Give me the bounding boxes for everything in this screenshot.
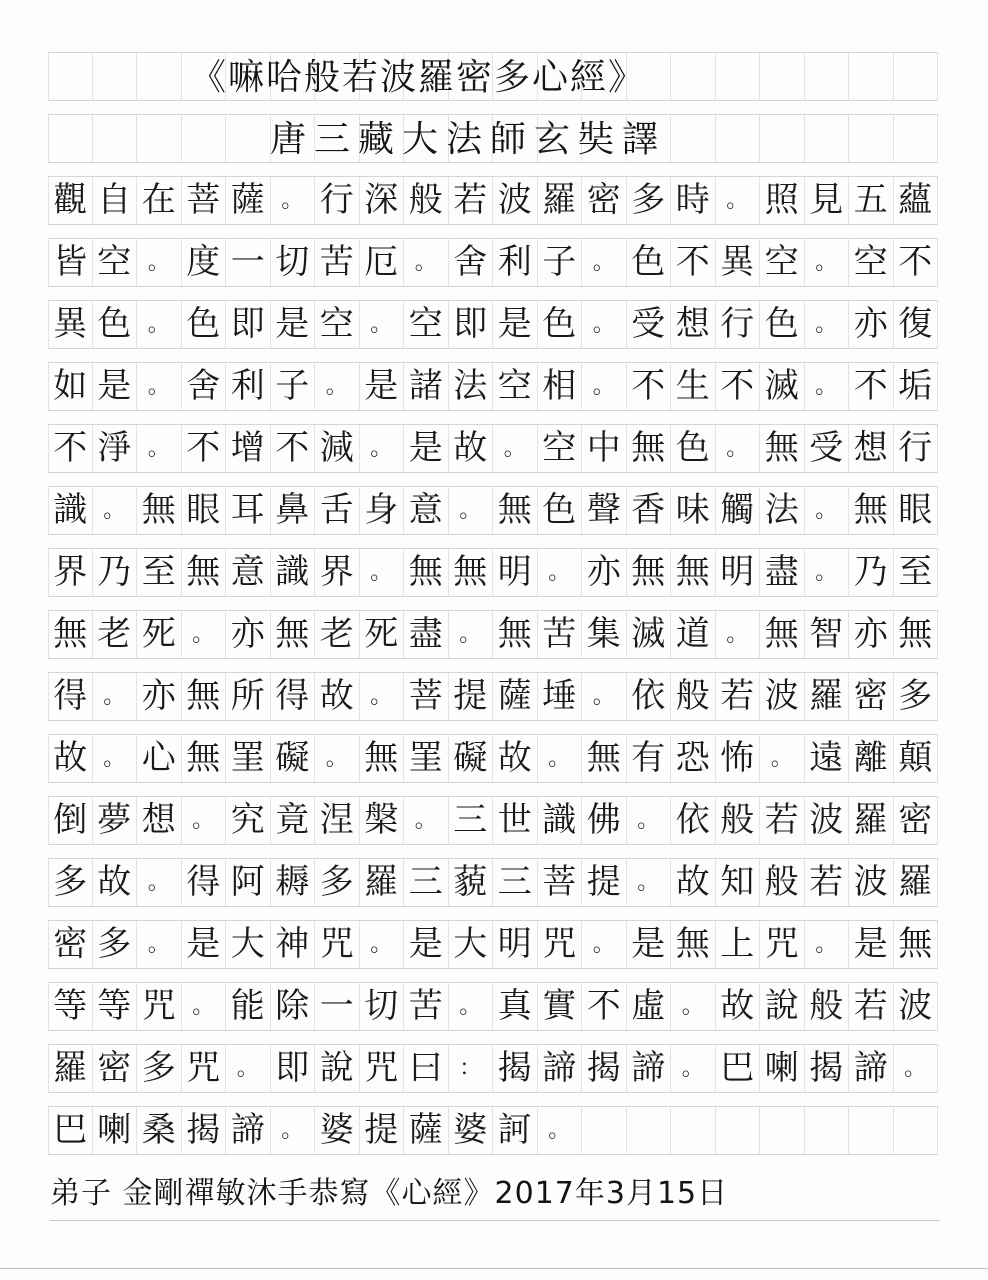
grid-cell: 空 [493,363,538,410]
grid-cell: 故 [671,859,716,906]
grid-cell [716,1107,761,1154]
grid-cell: 是 [404,425,449,472]
grid-cell: 說 [315,1045,360,1092]
grid-cell: 自 [93,177,138,224]
grid-cell: 意 [226,549,271,596]
grid-cell: 滅 [760,363,805,410]
grid-cell: 空 [760,239,805,286]
grid-cell: 諦 [538,1045,583,1092]
grid-cell: 異 [716,239,761,286]
grid-cell: 是 [849,921,894,968]
grid-cell [760,1107,805,1154]
grid-cell: 羅 [805,673,850,720]
grid-cell: 觸 [716,487,761,534]
grid-cell: 離 [849,735,894,782]
grid-cell: 竟 [271,797,316,844]
grid-cell: 上 [716,921,761,968]
text-grid-row: 多故。得阿耨多羅三藐三菩提。故知般若波羅 [48,858,938,907]
grid-cell: 。 [137,301,182,348]
grid-cell: 世 [493,797,538,844]
grid-cell: 知 [716,859,761,906]
grid-cell: 咒 [315,921,360,968]
grid-cell: 喇 [93,1107,138,1154]
grid-cell: 垢 [894,363,939,410]
grid-cell: 想 [137,797,182,844]
grid-cell: 亦 [582,549,627,596]
grid-cell: 利 [226,363,271,410]
grid-cell: 若 [760,797,805,844]
grid-cell: 。 [805,301,850,348]
grid-cell: 法 [449,363,494,410]
grid-cell: 。 [271,177,316,224]
grid-cell: 三 [404,859,449,906]
grid-cell: 。 [538,735,583,782]
grid-cell: 意 [404,487,449,534]
grid-cell: 受 [805,425,850,472]
grid-cell: 波 [805,797,850,844]
grid-cell: 得 [182,859,227,906]
grid-cell [182,115,227,162]
text-grid-row: 識。無眼耳鼻舌身意。無色聲香味觸法。無眼 [48,486,938,535]
grid-cell: 諦 [627,1045,672,1092]
grid-cell: 。 [404,797,449,844]
grid-cell: 減 [315,425,360,472]
grid-cell: 恐 [671,735,716,782]
grid-cell: 。 [271,1107,316,1154]
grid-cell: 。 [315,363,360,410]
grid-cell: 法 [760,487,805,534]
grid-cell: 揭 [582,1045,627,1092]
text-grid-row: 無老死。亦無老死盡。無苦集滅道。無智亦無 [48,610,938,659]
grid-cell [582,1107,627,1154]
grid-cell [894,1107,939,1154]
grid-cell: 盡 [760,549,805,596]
grid-cell: 香 [627,487,672,534]
grid-cell: 。 [582,301,627,348]
grid-cell: 得 [271,673,316,720]
grid-cell: 故 [48,735,93,782]
grid-cell: 集 [582,611,627,658]
grid-cell: 菩 [182,177,227,224]
grid-cell: 老 [315,611,360,658]
grid-cell: 聲 [582,487,627,534]
writing-grid: 觀自在菩薩。行深般若波羅密多時。照見五蘊皆空。度一切苦厄。舍利子。色不異空。空不… [48,52,938,1164]
grid-cell: 想 [849,425,894,472]
grid-cell: 。 [226,1045,271,1092]
grid-cell: 礙 [271,735,316,782]
grid-cell: 即 [271,1045,316,1092]
grid-cell: 等 [48,983,93,1030]
grid-cell: 道 [671,611,716,658]
grid-cell: 。 [627,797,672,844]
grid-cell: 。 [449,983,494,1030]
grid-cell: 厄 [360,239,405,286]
grid-cell: 多 [137,1045,182,1092]
grid-cell: 桑 [137,1107,182,1154]
grid-cell: 色 [538,301,583,348]
grid-cell: 。 [671,983,716,1030]
grid-cell: 阿 [226,859,271,906]
grid-cell: 不 [182,425,227,472]
grid-cell: 明 [716,549,761,596]
text-grid-row: 密多。是大神咒。是大明咒。是無上咒。是無 [48,920,938,969]
grid-cell: 行 [315,177,360,224]
text-grid-row: 觀自在菩薩。行深般若波羅密多時。照見五蘊 [48,176,938,225]
grid-cell [48,115,93,162]
grid-cell: 時 [671,177,716,224]
grid-cell: 色 [627,239,672,286]
grid-cell: 依 [627,673,672,720]
grid-cell: 界 [315,549,360,596]
grid-cell: 行 [894,425,939,472]
grid-cell: 怖 [716,735,761,782]
grid-cell: 無 [671,549,716,596]
grid-cell: 密 [849,673,894,720]
grid-cell [627,1107,672,1154]
grid-cell: 密 [894,797,939,844]
grid-cell: 度 [182,239,227,286]
grid-cell: 不 [894,239,939,286]
grid-cell: 無 [48,611,93,658]
grid-cell: 訶 [493,1107,538,1154]
grid-cell: 咒 [182,1045,227,1092]
grid-cell: 波 [760,673,805,720]
grid-cell: 老 [93,611,138,658]
grid-cell: ： [449,1045,494,1092]
grid-cell: 亦 [226,611,271,658]
grid-cell: 。 [716,177,761,224]
grid-cell: 。 [805,239,850,286]
grid-cell: 異 [48,301,93,348]
grid-cell: 眼 [182,487,227,534]
grid-cell: 提 [360,1107,405,1154]
grid-cell: 波 [894,983,939,1030]
text-grid-row: 倒夢想。究竟涅槃。三世識佛。依般若波羅密 [48,796,938,845]
grid-cell: 所 [226,673,271,720]
grid-cell: 亦 [849,611,894,658]
grid-cell: 揭 [182,1107,227,1154]
grid-cell: 識 [538,797,583,844]
grid-cell: 耨 [271,859,316,906]
grid-cell: 耳 [226,487,271,534]
grid-cell: 苦 [538,611,583,658]
grid-cell: 咒 [137,983,182,1030]
grid-cell: 咒 [538,921,583,968]
grid-cell: 故 [93,859,138,906]
grid-cell: 死 [360,611,405,658]
grid-cell: 。 [93,673,138,720]
grid-cell: 無 [894,921,939,968]
grid-cell: 利 [493,239,538,286]
grid-cell: 心 [137,735,182,782]
grid-cell: 子 [271,363,316,410]
grid-cell: 空 [404,301,449,348]
grid-cell: 故 [716,983,761,1030]
grid-cell: 罣 [226,735,271,782]
grid-cell: 不 [627,363,672,410]
grid-cell: 舍 [449,239,494,286]
grid-cell: 若 [716,673,761,720]
grid-cell: 無 [449,549,494,596]
grid-cell: 無 [182,549,227,596]
grid-cell: 故 [449,425,494,472]
grid-cell: 界 [48,549,93,596]
grid-cell: 是 [404,921,449,968]
grid-cell: 實 [538,983,583,1030]
grid-cell: 即 [226,301,271,348]
grid-cell: 。 [182,983,227,1030]
grid-cell: 復 [894,301,939,348]
grid-cell: 大 [226,921,271,968]
grid-cell: 。 [760,735,805,782]
grid-cell: 無 [627,549,672,596]
grid-cell [226,115,271,162]
grid-cell: 槃 [360,797,405,844]
grid-cell: 照 [760,177,805,224]
grid-cell: 。 [538,1107,583,1154]
grid-cell: 亦 [849,301,894,348]
grid-cell: 色 [538,487,583,534]
grid-cell: 。 [360,921,405,968]
grid-cell: 。 [894,1045,939,1092]
grid-cell: 色 [760,301,805,348]
grid-cell: 若 [449,177,494,224]
grid-cell: 。 [360,673,405,720]
grid-cell: 夢 [93,797,138,844]
grid-cell: 罣 [404,735,449,782]
bottom-rule [0,1268,988,1269]
grid-cell: 巴 [48,1107,93,1154]
grid-cell: 不 [48,425,93,472]
grid-cell: 。 [582,673,627,720]
grid-cell: 空 [315,301,360,348]
grid-cell: 識 [271,549,316,596]
grid-cell: 故 [493,735,538,782]
grid-cell: 是 [271,301,316,348]
grid-cell: 諦 [849,1045,894,1092]
grid-cell [716,115,761,162]
grid-cell: 咒 [760,921,805,968]
grid-cell: 在 [137,177,182,224]
grid-cell [894,115,939,162]
grid-cell: 盡 [404,611,449,658]
grid-cell: 。 [716,425,761,472]
grid-cell: 想 [671,301,716,348]
grid-cell: 諦 [226,1107,271,1154]
grid-cell: 虛 [627,983,672,1030]
grid-cell: 有 [627,735,672,782]
grid-cell: 無 [404,549,449,596]
grid-cell: 是 [182,921,227,968]
grid-cell: 揭 [493,1045,538,1092]
grid-cell: 若 [849,983,894,1030]
grid-cell: 至 [137,549,182,596]
grid-cell: 。 [315,735,360,782]
grid-cell: 般 [716,797,761,844]
grid-cell: 切 [360,983,405,1030]
sutra-title: 《嘛哈般若波羅密多心經》 [190,54,730,101]
grid-cell: 中 [582,425,627,472]
grid-cell: 無 [493,487,538,534]
grid-cell: 除 [271,983,316,1030]
grid-cell: 。 [360,301,405,348]
grid-cell: 般 [671,673,716,720]
grid-cell: 般 [404,177,449,224]
grid-cell: 說 [760,983,805,1030]
text-grid-row: 得。亦無所得故。菩提薩埵。依般若波羅密多 [48,672,938,721]
grid-cell: 子 [538,239,583,286]
grid-cell [137,53,182,100]
text-grid-row: 界乃至無意識界。無無明。亦無無明盡。乃至 [48,548,938,597]
grid-cell: 。 [805,363,850,410]
grid-cell: 明 [493,549,538,596]
grid-cell: 密 [582,177,627,224]
grid-cell: 巴 [716,1045,761,1092]
grid-cell: 諸 [404,363,449,410]
grid-cell: 味 [671,487,716,534]
grid-cell: 波 [849,859,894,906]
grid-cell: 是 [360,363,405,410]
grid-cell [760,53,805,100]
grid-cell: 。 [805,549,850,596]
grid-cell: 無 [894,611,939,658]
grid-cell: 識 [48,487,93,534]
grid-cell: 遠 [805,735,850,782]
grid-cell: 。 [182,611,227,658]
grid-cell: 色 [671,425,716,472]
grid-cell: 依 [671,797,716,844]
grid-cell: 婆 [449,1107,494,1154]
grid-cell: 波 [493,177,538,224]
grid-cell: 曰 [404,1045,449,1092]
grid-cell: 提 [449,673,494,720]
grid-cell: 。 [137,425,182,472]
grid-cell: 密 [48,921,93,968]
translator-line: 唐三藏大法師玄奘譯 [270,116,690,163]
grid-cell: 無 [360,735,405,782]
grid-cell: 揭 [805,1045,850,1092]
grid-cell: 羅 [849,797,894,844]
grid-cell: 淨 [93,425,138,472]
text-grid-row: 如是。舍利子。是諸法空相。不生不滅。不垢 [48,362,938,411]
grid-cell: 無 [671,921,716,968]
grid-cell: 菩 [538,859,583,906]
grid-cell: 皆 [48,239,93,286]
grid-cell: 薩 [226,177,271,224]
grid-cell: 身 [360,487,405,534]
text-grid-row: 皆空。度一切苦厄。舍利子。色不異空。空不 [48,238,938,287]
grid-cell: 。 [538,549,583,596]
grid-cell: 顛 [894,735,939,782]
grid-cell: 五 [849,177,894,224]
grid-cell: 蘊 [894,177,939,224]
handwritten-sutra-page: 觀自在菩薩。行深般若波羅密多時。照見五蘊皆空。度一切苦厄。舍利子。色不異空。空不… [0,0,988,1280]
grid-cell: 提 [582,859,627,906]
grid-cell: 。 [582,363,627,410]
grid-cell: 多 [48,859,93,906]
grid-cell: 般 [760,859,805,906]
grid-cell: 無 [182,735,227,782]
grid-cell: 舌 [315,487,360,534]
grid-cell: 無 [271,611,316,658]
grid-cell: 等 [93,983,138,1030]
grid-cell: 多 [93,921,138,968]
grid-cell: 涅 [315,797,360,844]
grid-cell: 是 [627,921,672,968]
grid-cell: 。 [93,487,138,534]
text-grid-row: 異色。色即是空。空即是色。受想行色。亦復 [48,300,938,349]
grid-cell: 。 [627,859,672,906]
grid-cell: 羅 [538,177,583,224]
grid-cell: 鼻 [271,487,316,534]
grid-cell: 生 [671,363,716,410]
grid-cell: 。 [360,425,405,472]
grid-cell [849,53,894,100]
grid-cell: 。 [582,239,627,286]
grid-cell: 菩 [404,673,449,720]
grid-cell: 羅 [894,859,939,906]
text-grid-row: 故。心無罣礙。無罣礙故。無有恐怖。遠離顛 [48,734,938,783]
grid-cell: 多 [627,177,672,224]
grid-cell: 般 [805,983,850,1030]
grid-cell: 受 [627,301,672,348]
grid-cell [93,115,138,162]
grid-cell [671,1107,716,1154]
grid-cell: 是 [93,363,138,410]
grid-cell: 得 [48,673,93,720]
grid-cell: 。 [805,487,850,534]
grid-cell: 。 [182,797,227,844]
grid-cell: 無 [493,611,538,658]
grid-cell: 一 [315,983,360,1030]
grid-cell: 。 [671,1045,716,1092]
grid-cell: 。 [449,487,494,534]
grid-cell: 薩 [493,673,538,720]
grid-cell: 無 [760,425,805,472]
grid-cell: 三 [449,797,494,844]
grid-cell: 乃 [849,549,894,596]
grid-cell: 無 [760,611,805,658]
grid-cell: 密 [93,1045,138,1092]
grid-cell: 不 [849,363,894,410]
grid-cell: 埵 [538,673,583,720]
grid-cell: 空 [93,239,138,286]
grid-cell: 故 [315,673,360,720]
grid-cell: 羅 [48,1045,93,1092]
grid-cell [93,53,138,100]
grid-cell: 不 [716,363,761,410]
grid-cell: 如 [48,363,93,410]
grid-cell: 。 [404,239,449,286]
grid-cell: 智 [805,611,850,658]
grid-cell [137,115,182,162]
grid-cell: 喇 [760,1045,805,1092]
grid-cell: 苦 [404,983,449,1030]
grid-cell: 倒 [48,797,93,844]
grid-cell: 。 [137,921,182,968]
grid-cell: 亦 [137,673,182,720]
text-grid-row: 巴喇桑揭諦。婆提薩婆訶。 [48,1106,938,1155]
grid-cell: 藐 [449,859,494,906]
grid-cell: 行 [716,301,761,348]
grid-cell: 眼 [894,487,939,534]
grid-cell: 神 [271,921,316,968]
grid-cell [849,115,894,162]
grid-cell: 無 [627,425,672,472]
grid-cell: 。 [137,859,182,906]
grid-cell [760,115,805,162]
grid-cell: 。 [716,611,761,658]
